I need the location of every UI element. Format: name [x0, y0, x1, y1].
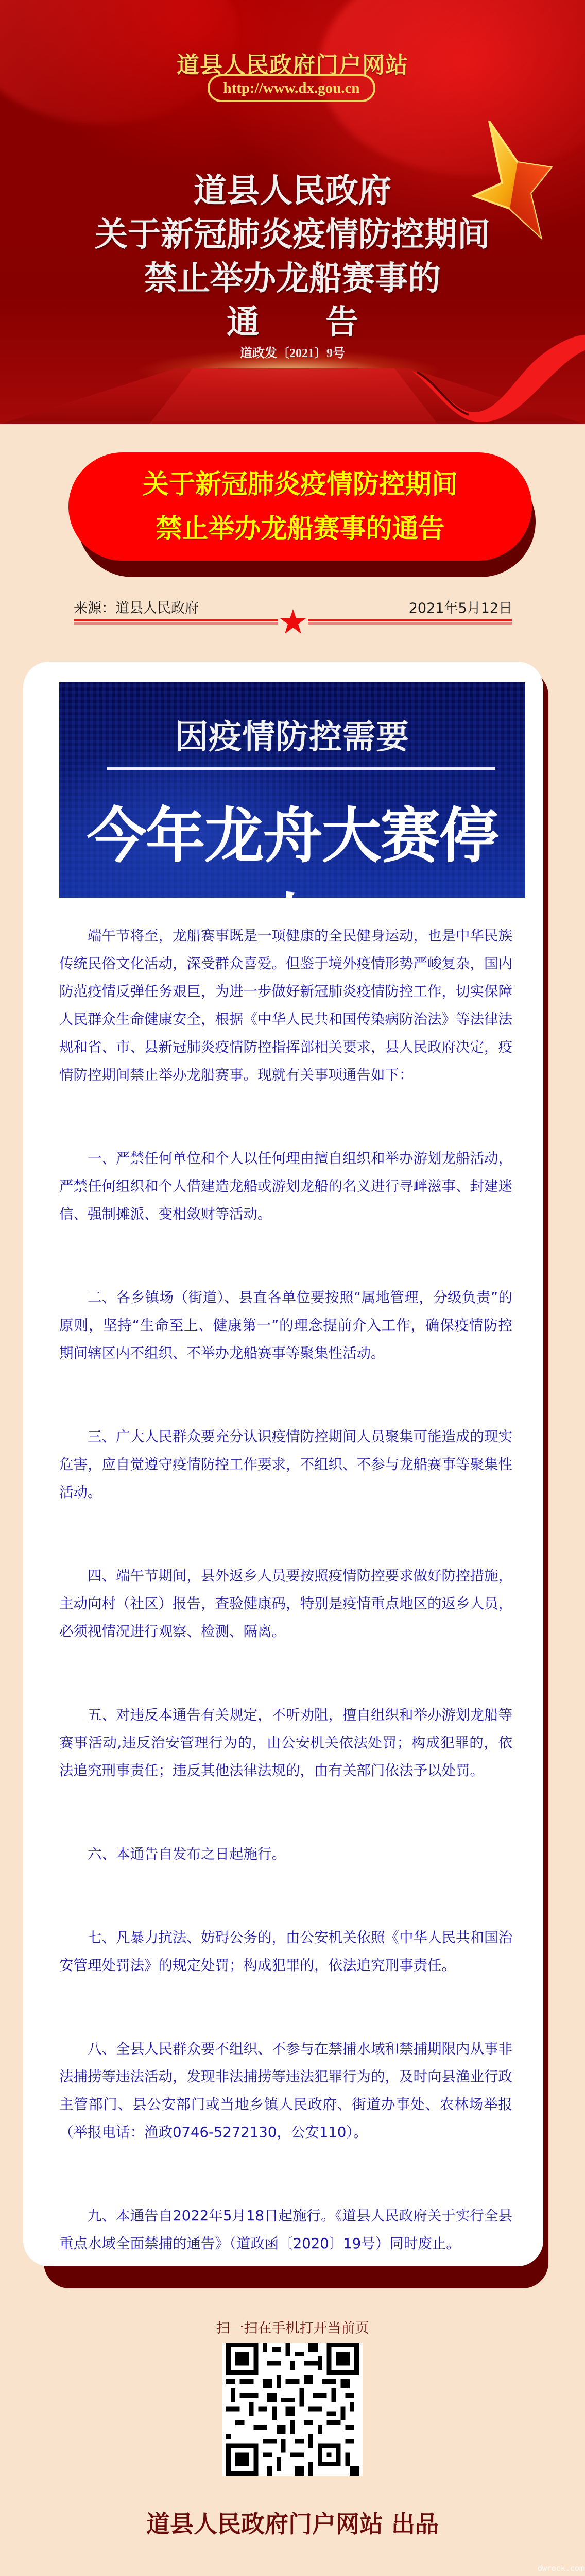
- qr-caption: 扫一扫在手机打开当前页: [0, 2317, 585, 2337]
- article-paragraph: 九、本通告自2022年5月18日起施行。《道县人民政府关于实行全县重点水域全面禁…: [59, 2202, 512, 2258]
- image-divider: [107, 767, 495, 770]
- article-source: 来源：道县人民政府: [74, 597, 199, 617]
- article-paragraph: 五、对违反本通告有关规定，不听劝阻，擅自组织和举办游划龙船等赛事活动,违反治安管…: [59, 1701, 512, 1784]
- article-paragraph: 一、严禁任何单位和个人以任何理由擅自组织和举办游划龙船活动，严禁任何组织和个人借…: [59, 1144, 512, 1228]
- announcement-image: 因疫情防控需要 今年龙舟大赛停办: [59, 682, 525, 898]
- notice-title-line: 关于新冠肺炎疫情防控期间: [0, 213, 585, 257]
- divider-right: [308, 619, 512, 622]
- article-paragraph: 三、广大人民群众要充分认识疫情防控期间人员聚集可能造成的现实危害，应自觉遵守疫情…: [59, 1423, 512, 1506]
- article-paragraph: 四、端午节期间，县外返乡人员要按照疫情防控要求做好防控措施，主动向村（社区）报告…: [59, 1562, 512, 1645]
- article-paragraph: 端午节将至，龙船赛事既是一项健康的全民健身运动，也是中华民族传统民俗文化活动，深…: [59, 922, 512, 1089]
- article-paragraph: 八、全县人民群众要不组织、不参与在禁捕水域和禁捕期限内从事非法捕捞等违法活动，发…: [59, 2035, 512, 2146]
- divider-left: [74, 619, 278, 622]
- watermark: dwrock.com: [538, 2564, 584, 2573]
- image-subtitle: 因疫情防控需要: [59, 711, 525, 758]
- publish-date: 2021年5月12日: [409, 597, 512, 617]
- qr-code-icon[interactable]: [222, 2343, 363, 2476]
- article-paragraph: 七、凡暴力抗法、妨碍公务的，由公安机关依照《中华人民共和国治安管理处罚法》的规定…: [59, 1924, 512, 1979]
- notice-title: 道县人民政府 关于新冠肺炎疫情防控期间 禁止举办龙船赛事的 通 告: [0, 169, 585, 344]
- article-body: 端午节将至，龙船赛事既是一项健康的全民健身运动，也是中华民族传统民俗文化活动，深…: [59, 922, 512, 2313]
- red-star-icon: [280, 608, 306, 635]
- banner-title-line: 禁止举办龙船赛事的通告: [156, 507, 444, 551]
- hero-header: 道县人民政府门户网站 http://www.dx.gou.cn 道县人民政府 关…: [0, 0, 585, 424]
- site-url-link[interactable]: http://www.dx.gou.cn: [208, 74, 375, 102]
- article-card: 因疫情防控需要 今年龙舟大赛停办 端午节将至，龙船赛事既是一项健康的全民健身运动…: [23, 662, 543, 2266]
- article-paragraph: 二、各乡镇场（街道）、县直各单位要按照“属地管理，分级负责”的原则，坚持“生命至…: [59, 1284, 512, 1367]
- stage-floor-decoration: [149, 368, 438, 424]
- red-ribbon-icon: [407, 335, 585, 424]
- footer-credit: 道县人民政府门户网站 出品: [0, 2505, 585, 2539]
- article-paragraph: 六、本通告自发布之日起施行。: [59, 1840, 512, 1868]
- notice-title-line: 禁止举办龙船赛事的: [0, 257, 585, 300]
- banner-title-line: 关于新冠肺炎疫情防控期间: [143, 462, 458, 507]
- headline-banner: 关于新冠肺炎疫情防控期间 禁止举办龙船赛事的通告: [68, 452, 532, 561]
- notice-title-line: 道县人民政府: [0, 169, 585, 213]
